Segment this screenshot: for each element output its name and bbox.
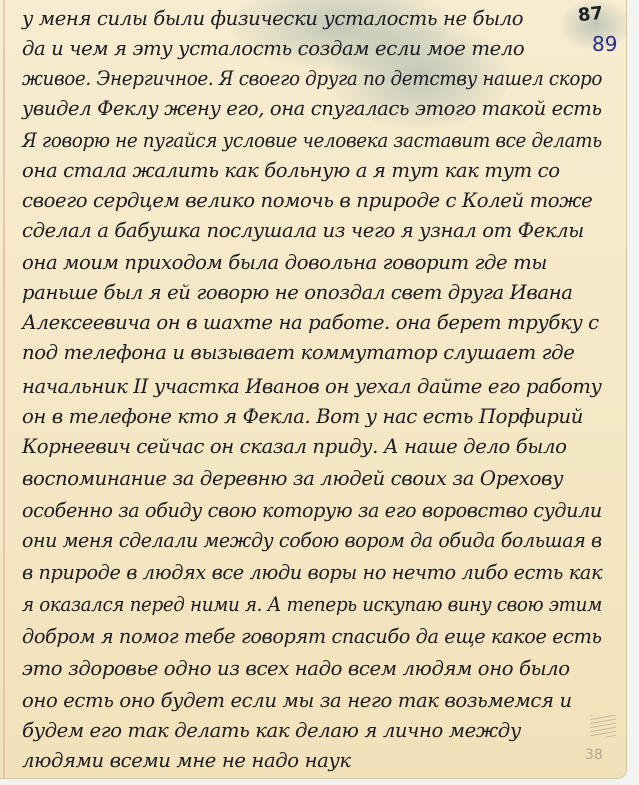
text-line: сделал а бабушка послушала из чего я узн… [22, 218, 602, 244]
margin-line [3, 0, 5, 778]
text-line: в природе в людях все люди воры но нечто… [22, 560, 591, 586]
text-line: под телефона и вызывает коммутатор слуша… [22, 340, 602, 366]
text-line: начальник II участка Иванов он уехал дай… [22, 374, 602, 400]
notebook-page: 87 89 у меня силы были физически усталос… [0, 0, 627, 779]
text-line: у меня силы были физически усталость не … [22, 6, 602, 32]
text-line: добром я помог тебе говорят спасибо да е… [22, 624, 591, 650]
text-line: воспоминание за деревню за людей своих з… [22, 466, 602, 492]
text-line: раньше был я ей говорю не опоздал свет д… [22, 280, 602, 306]
text-line: она стала жалить как больную а я тут как… [22, 158, 602, 184]
text-line: живое. Энергичное. Я своего друга по дет… [22, 66, 564, 92]
text-line: будем его так делать как делаю я лично м… [22, 718, 602, 744]
text-line: он в телефоне кто я Фекла. Вот у нас ест… [22, 404, 602, 430]
text-line: да и чем я эту усталость создам если мое… [22, 36, 602, 62]
text-line: своего сердцем велико помочь в природе с… [22, 188, 602, 214]
pencil-hatch-mark [590, 715, 616, 737]
text-line: это здоровье одно из всех надо всем людя… [22, 656, 602, 682]
text-line: они меня сделали между собою вором да об… [22, 528, 583, 554]
text-line: Корнеевич сейчас он сказал приду. А наше… [22, 434, 602, 460]
text-line: я оказался перед ними я. А теперь искупа… [22, 592, 563, 618]
text-line: увидел Феклу жену его, она спугалась это… [22, 96, 599, 122]
text-line: особенно за обиду свою которую за его во… [22, 498, 588, 524]
text-line: людями всеми мне не надо наук [22, 748, 602, 774]
corner-mark: 38 [585, 747, 603, 763]
text-line: Я говорю не пугайся условие человека зас… [22, 128, 564, 154]
text-line: она моим приходом была довольна говорит … [22, 250, 602, 276]
text-line: Алексеевича он в шахте на работе. она бе… [22, 310, 602, 336]
text-line: оно есть оно будет если мы за него так в… [22, 688, 602, 714]
